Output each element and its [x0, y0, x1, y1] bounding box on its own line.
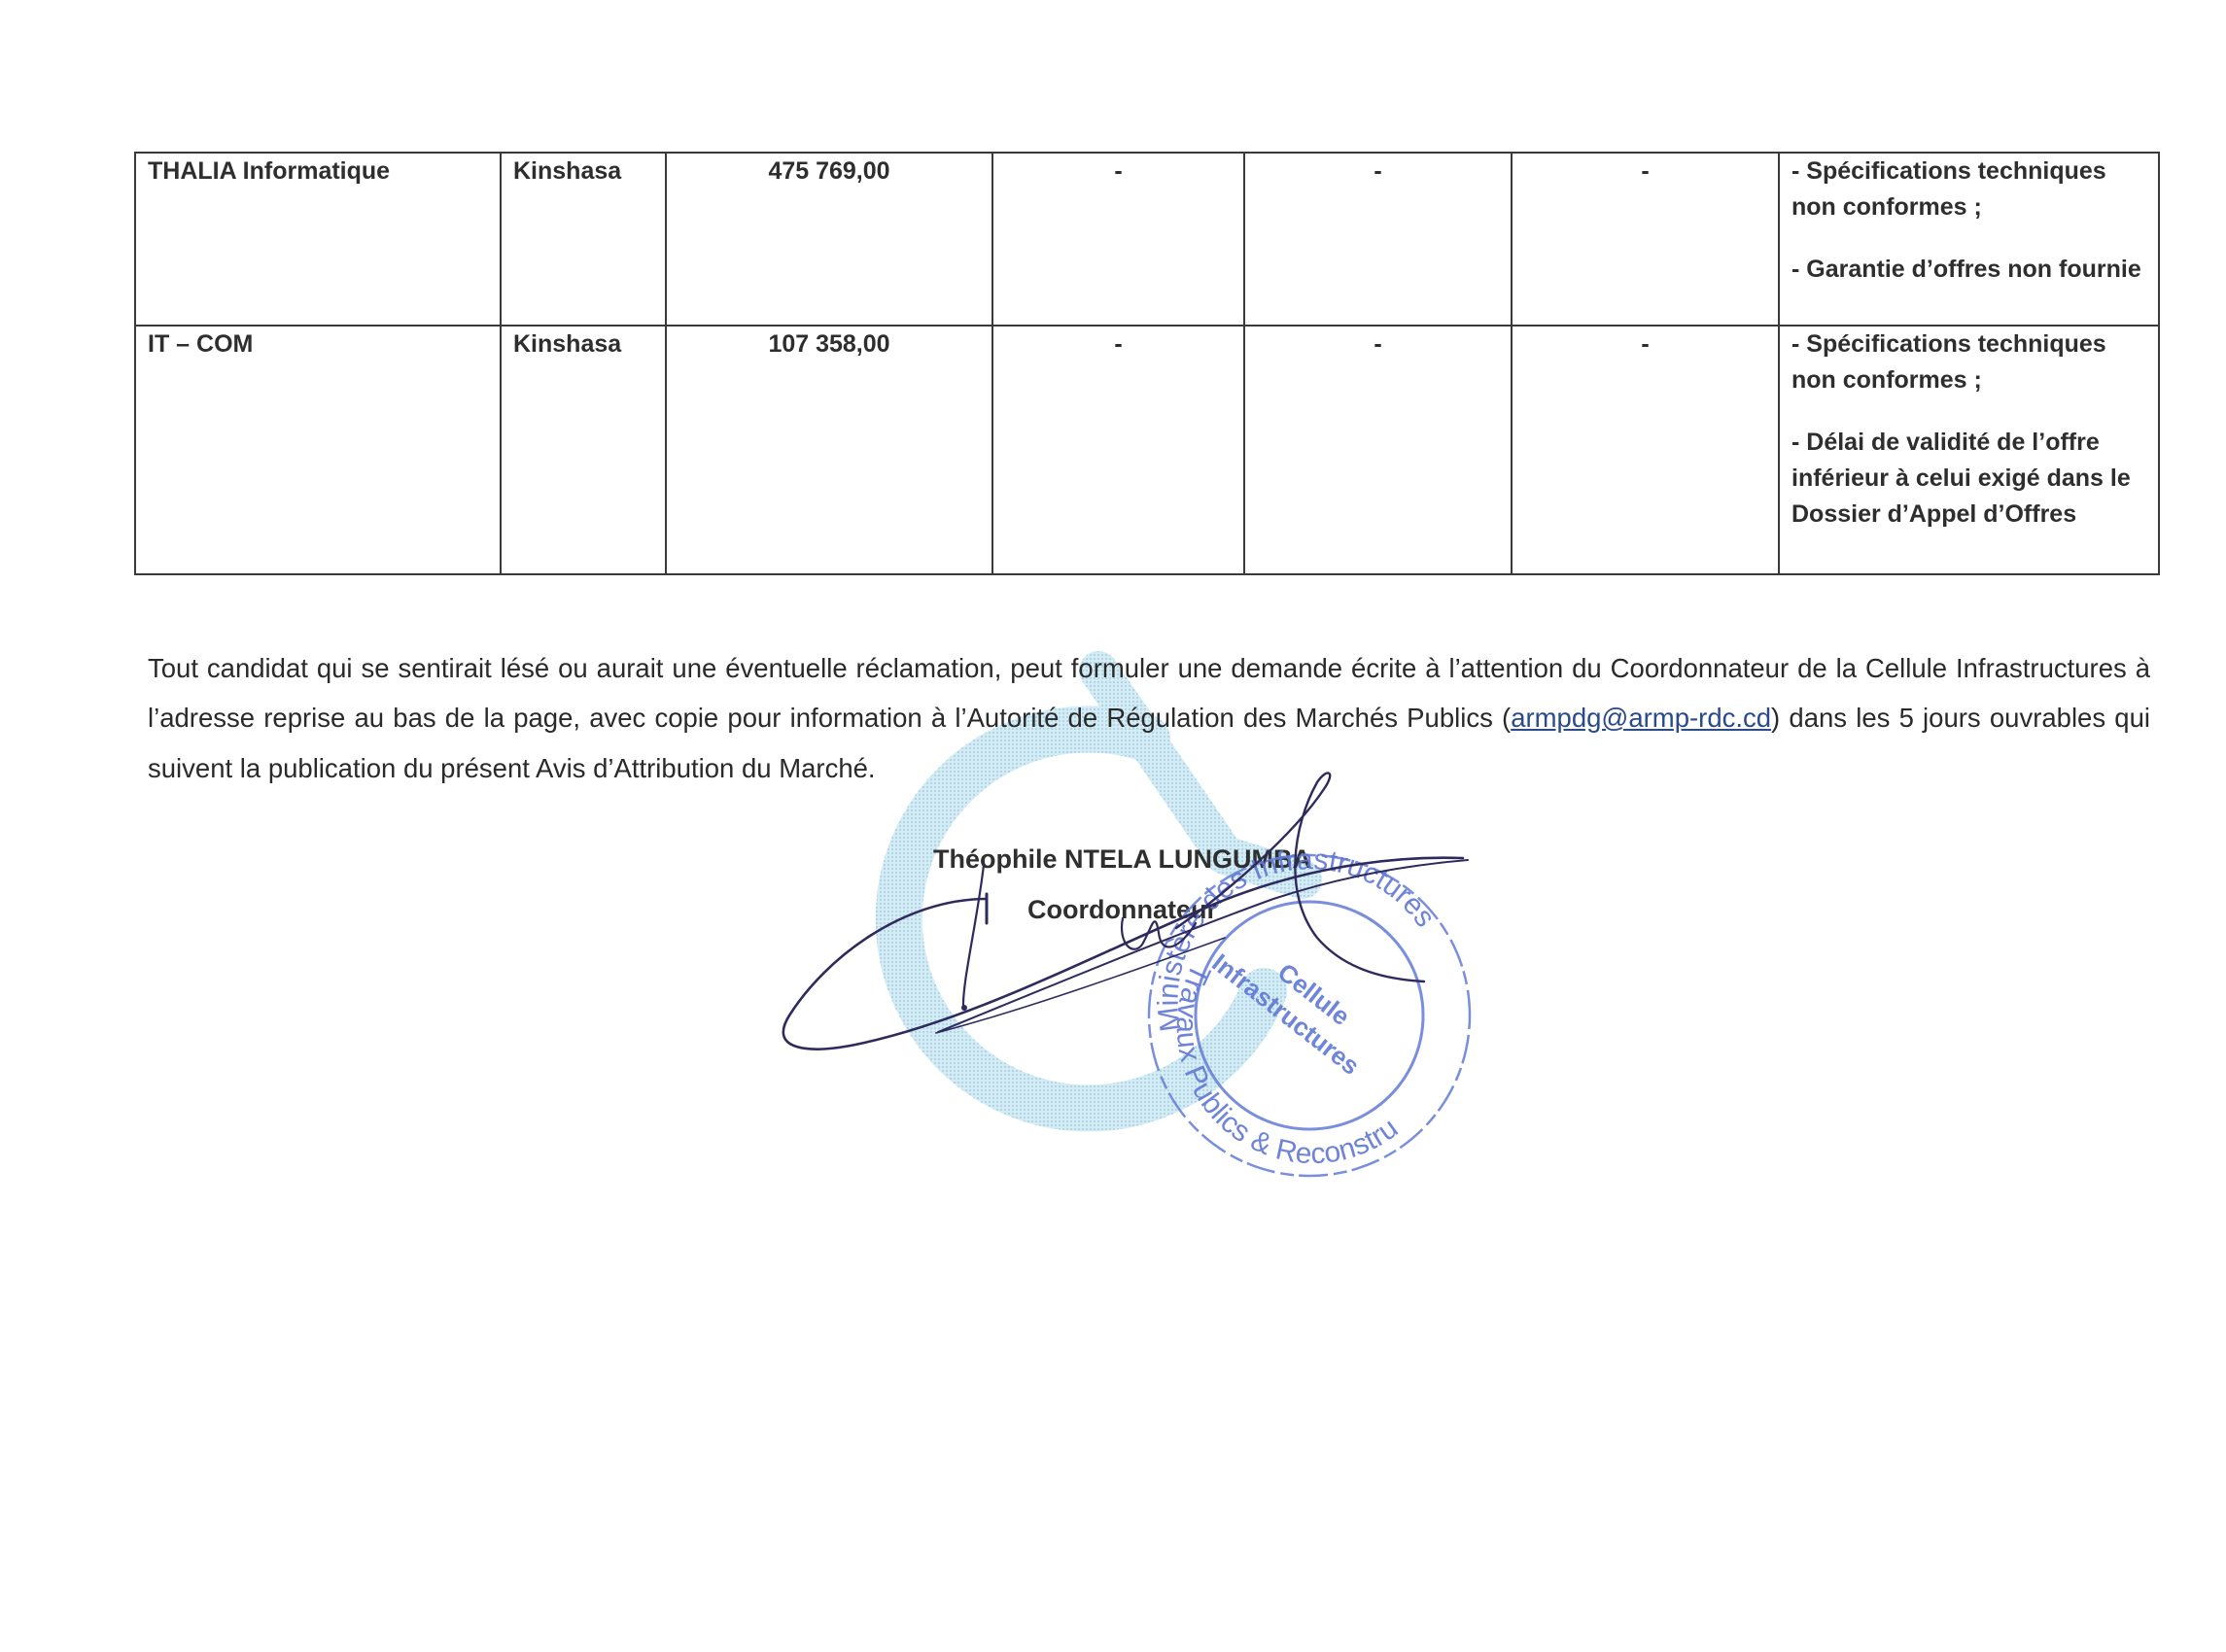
dash-value: -: [1641, 157, 1649, 185]
empty-value-cell: -: [992, 326, 1244, 574]
rejection-reason: - Spécifications techniques non conforme…: [1791, 154, 2146, 225]
stamp-center-line2: Infrastructures: [1206, 947, 1365, 1081]
bid-amount: 107 358,00: [768, 330, 889, 358]
dash-value: -: [1114, 330, 1122, 358]
amount-cell: 475 769,00: [666, 153, 992, 326]
company-name: IT – COM: [148, 330, 253, 358]
empty-value-cell: -: [1512, 326, 1779, 574]
complaint-notice-paragraph: Tout candidat qui se sentirait lésé ou a…: [148, 643, 2150, 794]
company-name: THALIA Informatique: [148, 157, 390, 185]
rejection-reasons-cell: - Spécifications techniques non conforme…: [1779, 326, 2159, 574]
signatory-title: Coordonnateur: [1027, 895, 1217, 925]
stamp-center-line1: Cellule: [1272, 957, 1356, 1031]
table-row: IT – COM Kinshasa 107 358,00 - - - - Spé…: [135, 326, 2159, 574]
rejection-reason: - Délai de validité de l’offre inférieur…: [1791, 425, 2146, 533]
empty-value-cell: -: [992, 153, 1244, 326]
rejection-reasons-cell: - Spécifications techniques non conforme…: [1779, 153, 2159, 326]
table-row: THALIA Informatique Kinshasa 475 769,00 …: [135, 153, 2159, 326]
amount-cell: 107 358,00: [666, 326, 992, 574]
city-name: Kinshasa: [513, 330, 621, 358]
empty-value-cell: -: [1512, 153, 1779, 326]
city-name: Kinshasa: [513, 157, 621, 185]
rejection-reason: - Garantie d’offres non fournie: [1791, 252, 2146, 288]
rejection-reason: - Spécifications techniques non conforme…: [1791, 327, 2146, 398]
signatory-name: Théophile NTELA LUNGUMBA: [933, 844, 1311, 875]
empty-value-cell: -: [1244, 326, 1512, 574]
dash-value: -: [1374, 330, 1381, 358]
company-cell: THALIA Informatique: [135, 153, 501, 326]
document-page: THALIA Informatique Kinshasa 475 769,00 …: [0, 0, 2226, 1652]
dash-value: -: [1641, 330, 1649, 358]
bid-amount: 475 769,00: [768, 157, 889, 185]
city-cell: Kinshasa: [501, 153, 666, 326]
company-cell: IT – COM: [135, 326, 501, 574]
dash-value: -: [1374, 157, 1381, 185]
armp-email-link[interactable]: armpdg@armp-rdc.cd: [1511, 703, 1771, 733]
dash-value: -: [1114, 157, 1122, 185]
empty-value-cell: -: [1244, 153, 1512, 326]
city-cell: Kinshasa: [501, 326, 666, 574]
award-results-table: THALIA Informatique Kinshasa 475 769,00 …: [134, 152, 2160, 575]
